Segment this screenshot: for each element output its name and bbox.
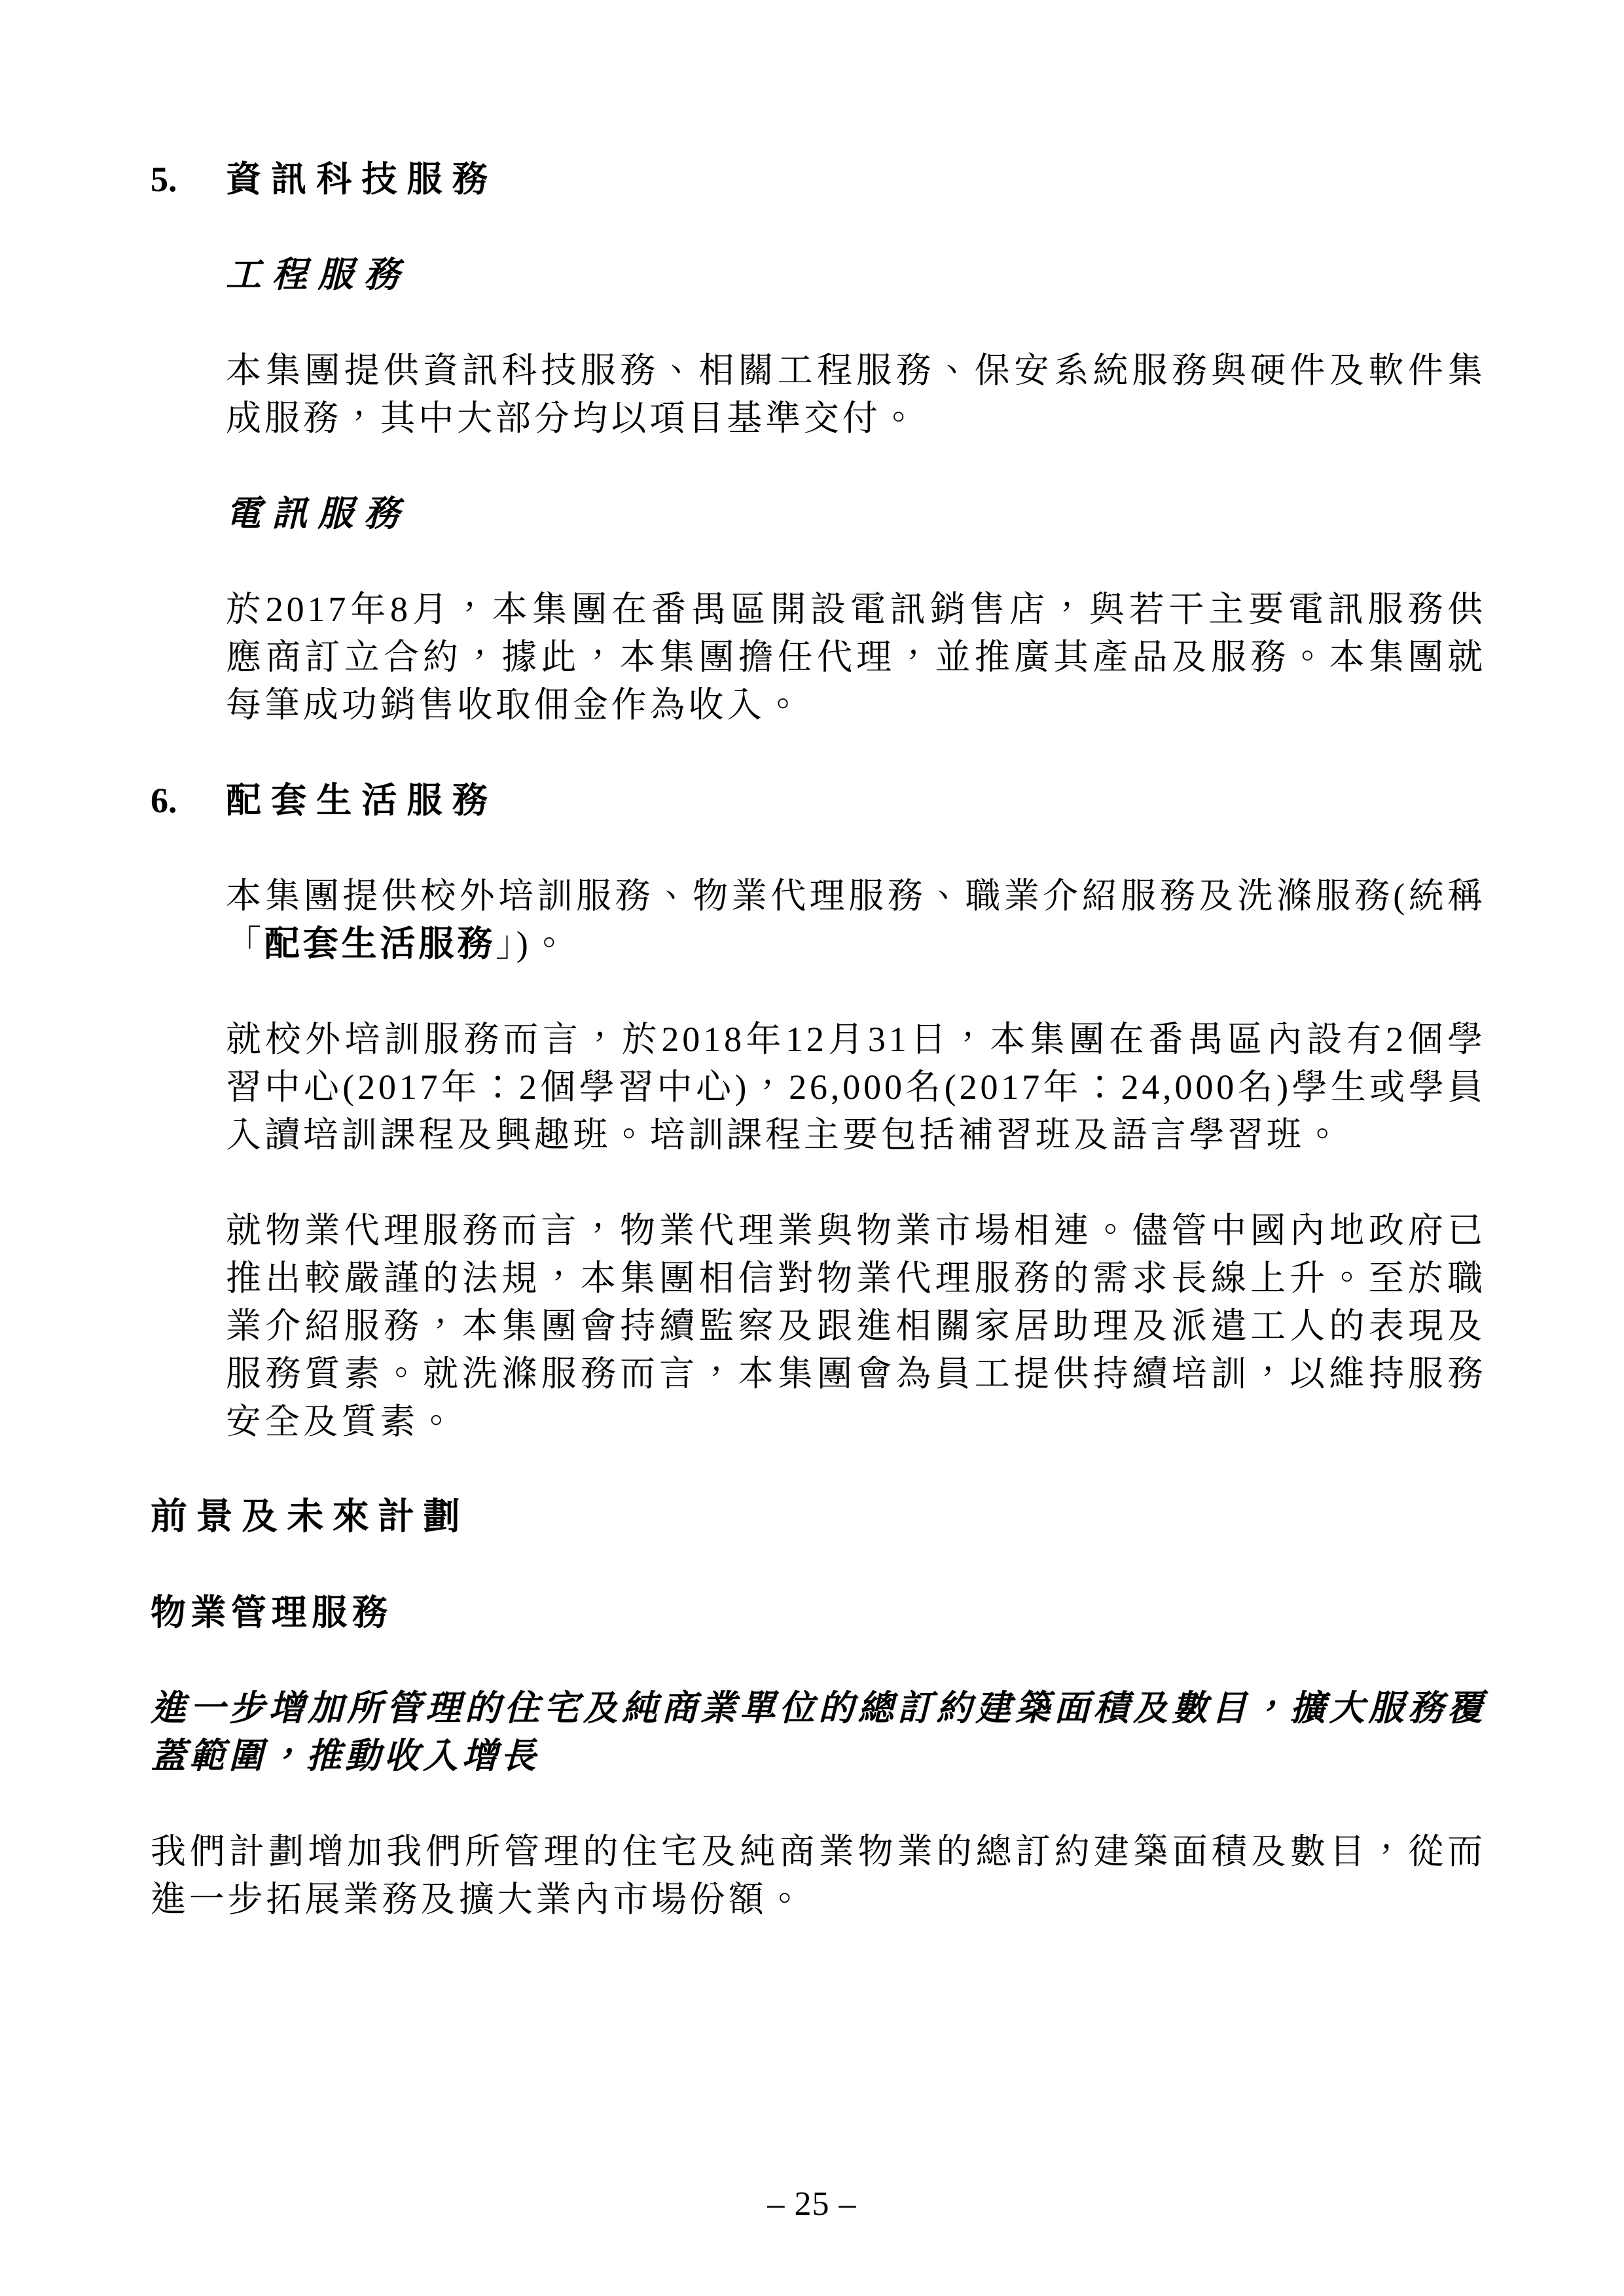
property-management-subheading: 物業管理服務	[151, 1589, 1486, 1637]
section-6-number: 6.	[151, 777, 226, 825]
telecom-services-subheading: 電訊服務	[226, 490, 1486, 538]
telecom-services-paragraph: 於2017年8月，本集團在番禺區開設電訊銷售店，與若干主要電訊服務供應商訂立合約…	[226, 586, 1486, 729]
lifestyle-defined-term: 配套生活服務	[264, 924, 496, 963]
section-6-body: 本集團提供校外培訓服務、物業代理服務、職業介紹服務及洗滌服務(統稱「配套生活服務…	[226, 872, 1486, 1446]
page-content: 5. 資訊科技服務 工程服務 本集團提供資訊科技服務、相關工程服務、保安系統服務…	[0, 0, 1624, 1924]
document-page: 5. 資訊科技服務 工程服務 本集團提供資訊科技服務、相關工程服務、保安系統服務…	[0, 0, 1624, 2296]
property-agency-paragraph: 就物業代理服務而言，物業代理業與物業市場相連。儘管中國內地政府已推出較嚴謹的法規…	[226, 1207, 1486, 1446]
lifestyle-intro-post: 」)。	[496, 924, 570, 963]
page-number-footer: – 25 –	[0, 2185, 1624, 2224]
section-6-heading: 6. 配套生活服務	[151, 777, 1486, 825]
lifestyle-services-intro-paragraph: 本集團提供校外培訓服務、物業代理服務、職業介紹服務及洗滌服務(統稱「配套生活服務…	[226, 872, 1486, 968]
outlook-heading: 前景及未來計劃	[151, 1494, 1486, 1541]
strategy-paragraph: 我們計劃增加我們所管理的住宅及純商業物業的總訂約建築面積及數目，從而進一步拓展業…	[151, 1828, 1486, 1924]
section-6-title: 配套生活服務	[226, 777, 1486, 825]
section-5-number: 5.	[151, 156, 226, 204]
engineering-services-subheading: 工程服務	[226, 251, 1486, 299]
tutoring-services-paragraph: 就校外培訓服務而言，於2018年12月31日，本集團在番禺區內設有2個學習中心(…	[226, 1016, 1486, 1159]
strategy-heading: 進一步增加所管理的住宅及純商業單位的總訂約建築面積及數目，擴大服務覆蓋範圍，推動…	[151, 1685, 1486, 1780]
engineering-services-paragraph: 本集團提供資訊科技服務、相關工程服務、保安系統服務與硬件及軟件集成服務，其中大部…	[226, 347, 1486, 442]
section-5-title: 資訊科技服務	[226, 156, 1486, 204]
section-5-body: 工程服務 本集團提供資訊科技服務、相關工程服務、保安系統服務與硬件及軟件集成服務…	[226, 251, 1486, 729]
section-5-heading: 5. 資訊科技服務	[151, 156, 1486, 204]
